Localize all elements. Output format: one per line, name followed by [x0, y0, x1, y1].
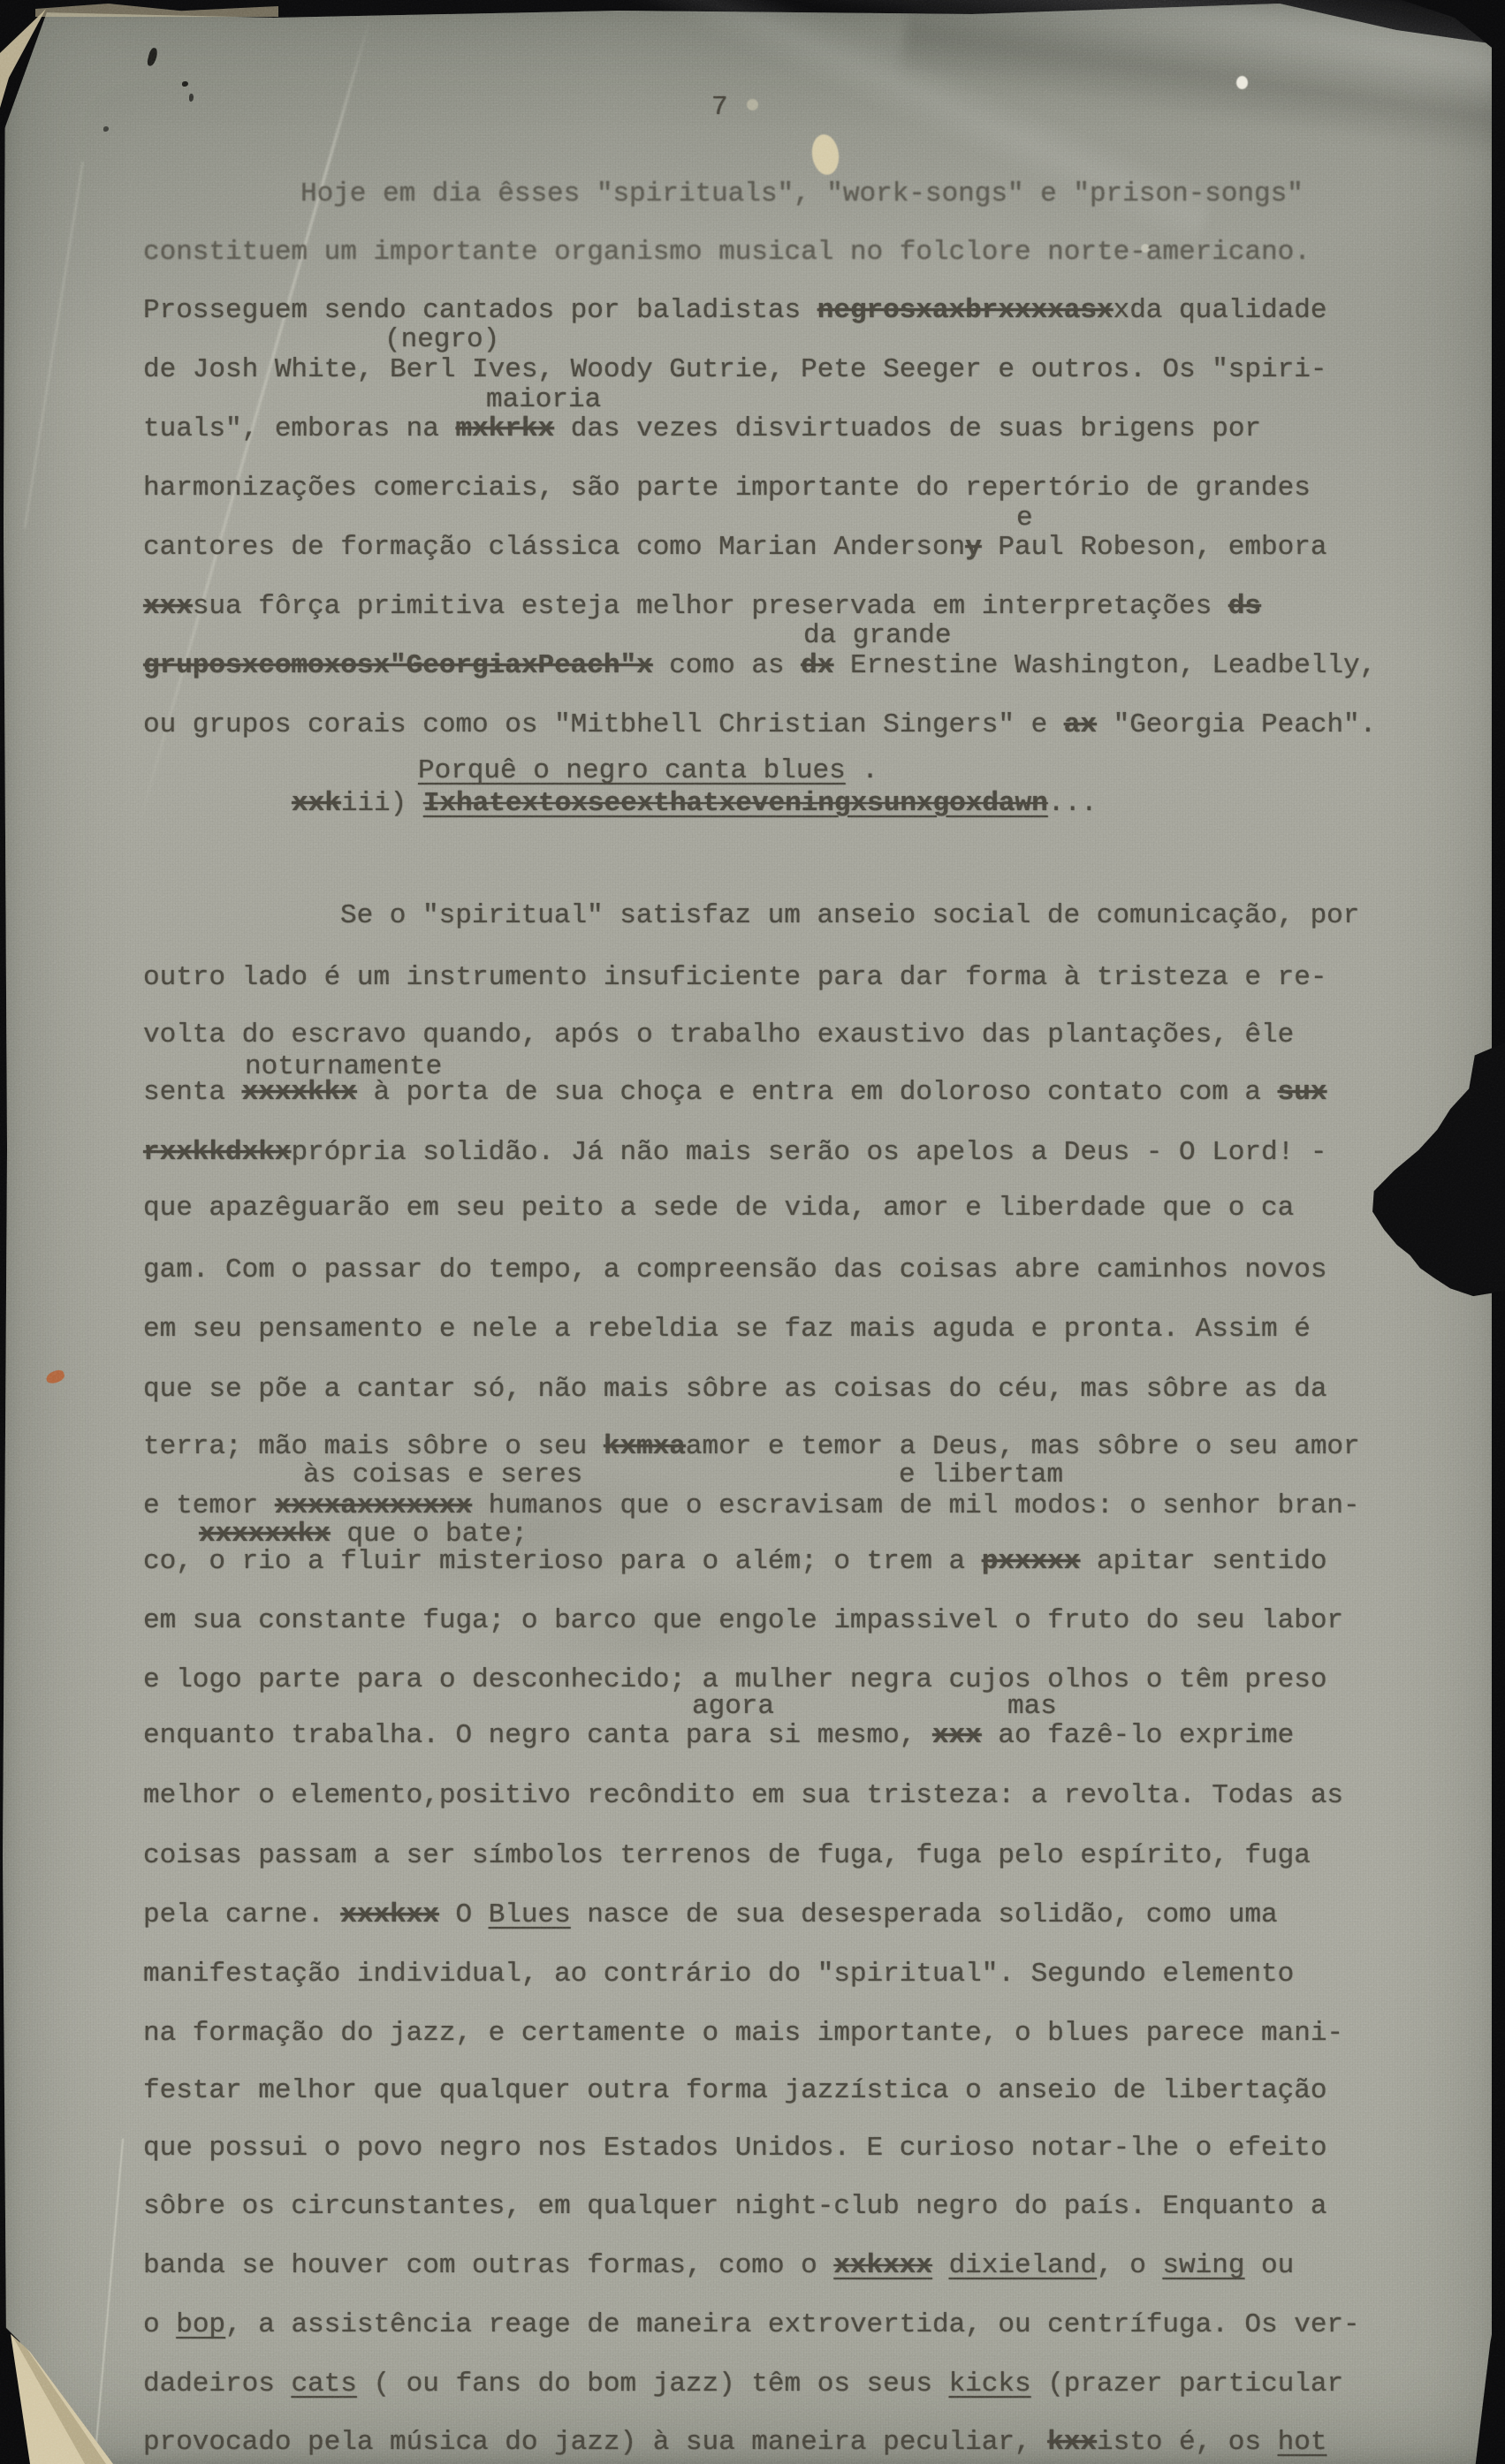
typed-text: O [439, 1899, 489, 1930]
screenshot-root: { "page": { "number": "7" }, "colors": {… [0, 0, 1505, 2464]
typed-text: ao fazê-lo exprime [982, 1720, 1294, 1751]
typed-line: xxxsua fôrça primitiva esteja melhor pre… [143, 592, 1261, 622]
typed-line: ou grupos corais como os "Mitbhell Chris… [143, 710, 1376, 740]
typed-line: pela carne. xxxkxx O Blues nasce de sua … [143, 1900, 1278, 1930]
typed-text: maioria [486, 384, 601, 415]
struck-text: rxxkkdxkx [143, 1137, 291, 1168]
typed-text: pela carne. [143, 1899, 340, 1930]
typed-text: ou [1244, 2250, 1294, 2281]
typed-line: harmonizações comerciais, são parte impo… [143, 474, 1311, 504]
typed-line: Se o "spiritual" satisfaz um anseio soci… [340, 901, 1359, 931]
struck-text: ax [1064, 709, 1097, 740]
typed-text: banda se houver com outras formas, como … [143, 2250, 833, 2281]
typed-text: iii) [341, 788, 423, 819]
typed-text: que possui o povo negro nos Estados Unid… [143, 2133, 1326, 2164]
typed-line: às coisas e seres [303, 1460, 582, 1490]
underlined-text: dixieland [949, 2250, 1097, 2281]
typed-line: que possui o povo negro nos Estados Unid… [143, 2134, 1326, 2164]
typed-text: como as [653, 650, 801, 681]
struck-text: mxkrkx [455, 413, 554, 444]
typed-text: constituem um importante organismo music… [143, 237, 1311, 268]
typed-text: que apazêguarão em seu peito a sede de v… [143, 1193, 1294, 1224]
typed-text: provocado pela música do jazz) à sua man… [143, 2427, 1047, 2458]
typed-text: humanos que o escravisam de mil modos: o… [472, 1490, 1360, 1521]
struck-text: pxxxxx [982, 1546, 1081, 1577]
typed-line: tuals", emboras na mxkrkx das vezes disv… [143, 414, 1261, 444]
typed-text: (prazer particular [1031, 2369, 1343, 2400]
struck-text: xxxxaxxxxxxx [275, 1490, 472, 1521]
typed-text: outro lado é um instrumento insuficiente… [143, 962, 1326, 993]
struck-text: xxxxkkx [242, 1077, 357, 1108]
typed-line: da grande [803, 621, 951, 651]
typed-text: à porta de sua choça e entra em doloroso… [357, 1077, 1278, 1108]
typed-line: constituem um importante organismo music… [143, 238, 1311, 268]
typed-text: apitar sentido [1080, 1546, 1326, 1577]
typed-text: em sua constante fuga; o barco que engol… [143, 1605, 1343, 1636]
typed-text: . [846, 755, 878, 786]
underlined-text: cats [291, 2369, 356, 2400]
typed-line: que apazêguarão em seu peito a sede de v… [143, 1194, 1294, 1224]
typed-text: sua fôrça primitiva esteja melhor preser… [193, 591, 1228, 622]
typed-line: rxxkkdxkxprópria solidão. Já não mais se… [143, 1138, 1326, 1168]
typed-text: terra; mão mais sôbre o seu [143, 1431, 604, 1462]
typed-text: co, o rio a fluir misterioso para o além… [143, 1546, 982, 1577]
typed-text: de Josh White, Berl Ives, Woody Gutrie, … [143, 354, 1326, 385]
typed-text: coisas passam a ser símbolos terrenos de… [143, 1840, 1311, 1871]
typed-line: festar melhor que qualquer outra forma j… [143, 2076, 1326, 2106]
typed-text [932, 2250, 949, 2281]
typed-line: coisas passam a ser símbolos terrenos de… [143, 1841, 1311, 1871]
typed-line: xxkiii) Ixhatextoxseexthatxeveningxsunxg… [292, 789, 1098, 819]
underlined-text: hot [1278, 2427, 1327, 2458]
typed-text: o [143, 2309, 176, 2340]
typed-text: gam. Com o passar do tempo, a compreensã… [143, 1255, 1326, 1285]
typed-line: e temor xxxxaxxxxxxx humanos que o escra… [143, 1491, 1360, 1521]
typed-line: e libertam [899, 1460, 1063, 1490]
typed-text: festar melhor que qualquer outra forma j… [143, 2075, 1326, 2106]
typed-text: ... [1048, 788, 1098, 819]
typed-line: gam. Com o passar do tempo, a compreensã… [143, 1255, 1326, 1285]
typed-text: Prosseguem sendo cantados por baladistas [143, 295, 817, 326]
typed-line: manifestação individual, ao contrário do… [143, 1960, 1294, 1990]
struck-text: xxkxxx [833, 2250, 932, 2281]
struck-text: Ixhatextoxseexthatxeveningxsunxgoxdawn [423, 788, 1048, 819]
typed-line: volta do escravo quando, após o trabalho… [143, 1020, 1294, 1050]
typed-text: que se põe a cantar só, não mais sôbre a… [143, 1374, 1326, 1405]
typed-text: sôbre os circunstantes, em qualquer nigh… [143, 2191, 1326, 2222]
typed-text: e libertam [899, 1459, 1063, 1490]
typed-text: na formação do jazz, e certamente o mais… [143, 2018, 1343, 2049]
underlined-text: kicks [949, 2369, 1031, 2400]
typed-line: gruposxcomoxosx"GeorgiaxPeach"x como as … [143, 651, 1376, 681]
struck-text: xxx [143, 591, 193, 622]
typed-line: senta xxxxkkx à porta de sua choça e ent… [143, 1078, 1326, 1108]
typed-line: xxxxxxkx que o bate; [199, 1520, 528, 1550]
struck-text: xxk [292, 788, 341, 819]
struck-text: sux [1278, 1077, 1327, 1108]
struck-text: xxxkxx [340, 1899, 439, 1930]
typed-text: ( ou fans do bom jazz) têm os seus [357, 2369, 949, 2400]
typed-line: provocado pela música do jazz) à sua man… [143, 2428, 1326, 2458]
typed-text: Se o "spiritual" satisfaz um anseio soci… [340, 900, 1359, 931]
struck-text: dx [801, 650, 833, 681]
typed-text: cantores de formação clássica como Maria… [143, 532, 965, 563]
typed-line: terra; mão mais sôbre o seu kxmxaamor e … [143, 1432, 1360, 1462]
typed-text: e [1016, 503, 1033, 534]
typed-line: enquanto trabalha. O negro canta para si… [143, 1721, 1294, 1751]
typed-text: "Georgia Peach". [1097, 709, 1376, 740]
typed-line: Prosseguem sendo cantados por baladistas… [143, 296, 1326, 326]
typed-text: volta do escravo quando, após o trabalho… [143, 1020, 1294, 1050]
struck-text: y [965, 532, 982, 563]
typed-text: amor e temor a Deus, mas sôbre o seu amo… [686, 1431, 1360, 1462]
underlined-text: Blues [489, 1899, 571, 1930]
struck-text: gruposxcomoxosx"GeorgiaxPeach"x [143, 650, 653, 681]
typed-line: banda se houver com outras formas, como … [143, 2251, 1294, 2281]
typed-line: que se põe a cantar só, não mais sôbre a… [143, 1375, 1326, 1405]
typed-line: co, o rio a fluir misterioso para o além… [143, 1547, 1326, 1577]
typed-text: da grande [803, 620, 951, 651]
typed-text: harmonizações comerciais, são parte impo… [143, 473, 1311, 504]
typed-text: dadeiros [143, 2369, 291, 2400]
struck-text: xxx [932, 1720, 982, 1751]
typed-line: outro lado é um instrumento insuficiente… [143, 963, 1326, 993]
typed-line: na formação do jazz, e certamente o mais… [143, 2019, 1343, 2049]
typed-line: (negro) [384, 325, 499, 355]
typed-text: , a assistência reage de maneira extrove… [225, 2309, 1360, 2340]
typed-text: Ernestine Washington, Leadbelly, [833, 650, 1376, 681]
typed-text: isto é, os [1097, 2427, 1278, 2458]
struck-text: ds [1228, 591, 1261, 622]
typed-line: o bop, a assistência reage de maneira ex… [143, 2310, 1360, 2340]
underlined-text: bop [176, 2309, 225, 2340]
typed-line: maioria [486, 385, 601, 415]
struck-text: negrosxaxbrxxxxasx [817, 295, 1114, 326]
typed-line: em sua constante fuga; o barco que engol… [143, 1606, 1343, 1636]
struck-text: kxmxa [604, 1431, 686, 1462]
typed-text: xda qualidade [1114, 295, 1327, 326]
typed-line: melhor o elemento,positivo recôndito em … [143, 1781, 1343, 1811]
typed-line: agora [692, 1692, 774, 1722]
underlined-text: swing [1162, 2250, 1244, 2281]
typed-text: agora [692, 1691, 774, 1722]
typed-text: em seu pensamento e nele a rebeldia se f… [143, 1314, 1311, 1345]
struck-text: xxxxxxkx [199, 1519, 331, 1550]
typed-text: ou grupos corais como os "Mitbhell Chris… [143, 709, 1064, 740]
typed-text-layer: 7 Hoje em dia êsses "spirituals", "work-… [0, 0, 1505, 2464]
typed-line: mas [1007, 1692, 1057, 1722]
typed-text: (negro) [384, 324, 499, 355]
typed-text: Paul Robeson, embora [982, 532, 1327, 563]
typed-text: das vezes disvirtuados de suas brigens p… [554, 413, 1261, 444]
typed-text: própria solidão. Já não mais serão os ap… [291, 1137, 1326, 1168]
typed-line: Hoje em dia êsses "spirituals", "work-so… [300, 179, 1304, 209]
typed-line: e [1016, 504, 1033, 534]
typed-text: e temor [143, 1490, 275, 1521]
page-number: 7 [711, 93, 728, 123]
typed-line: em seu pensamento e nele a rebeldia se f… [143, 1315, 1311, 1345]
underlined-text: Porquê o negro canta blues [418, 755, 846, 786]
typed-text: mas [1007, 1691, 1057, 1722]
typed-text: manifestação individual, ao contrário do… [143, 1959, 1294, 1990]
typed-text: nasce de sua desesperada solidão, como u… [571, 1899, 1278, 1930]
typed-text: senta [143, 1077, 242, 1108]
typed-text: às coisas e seres [303, 1459, 582, 1490]
typed-line: dadeiros cats ( ou fans do bom jazz) têm… [143, 2369, 1343, 2400]
typed-text: enquanto trabalha. O negro canta para si… [143, 1720, 932, 1751]
typed-text: , o [1097, 2250, 1162, 2281]
typed-text: tuals", emboras na [143, 413, 455, 444]
typed-text: melhor o elemento,positivo recôndito em … [143, 1780, 1343, 1811]
typed-text: Hoje em dia êsses "spirituals", "work-so… [300, 178, 1304, 209]
typed-line: de Josh White, Berl Ives, Woody Gutrie, … [143, 355, 1326, 385]
typed-text: que o bate; [331, 1519, 528, 1550]
typed-line: Porquê o negro canta blues . [418, 756, 878, 786]
typed-line: sôbre os circunstantes, em qualquer nigh… [143, 2192, 1326, 2222]
struck-text: kxx [1047, 2427, 1097, 2458]
typed-line: cantores de formação clássica como Maria… [143, 533, 1326, 563]
